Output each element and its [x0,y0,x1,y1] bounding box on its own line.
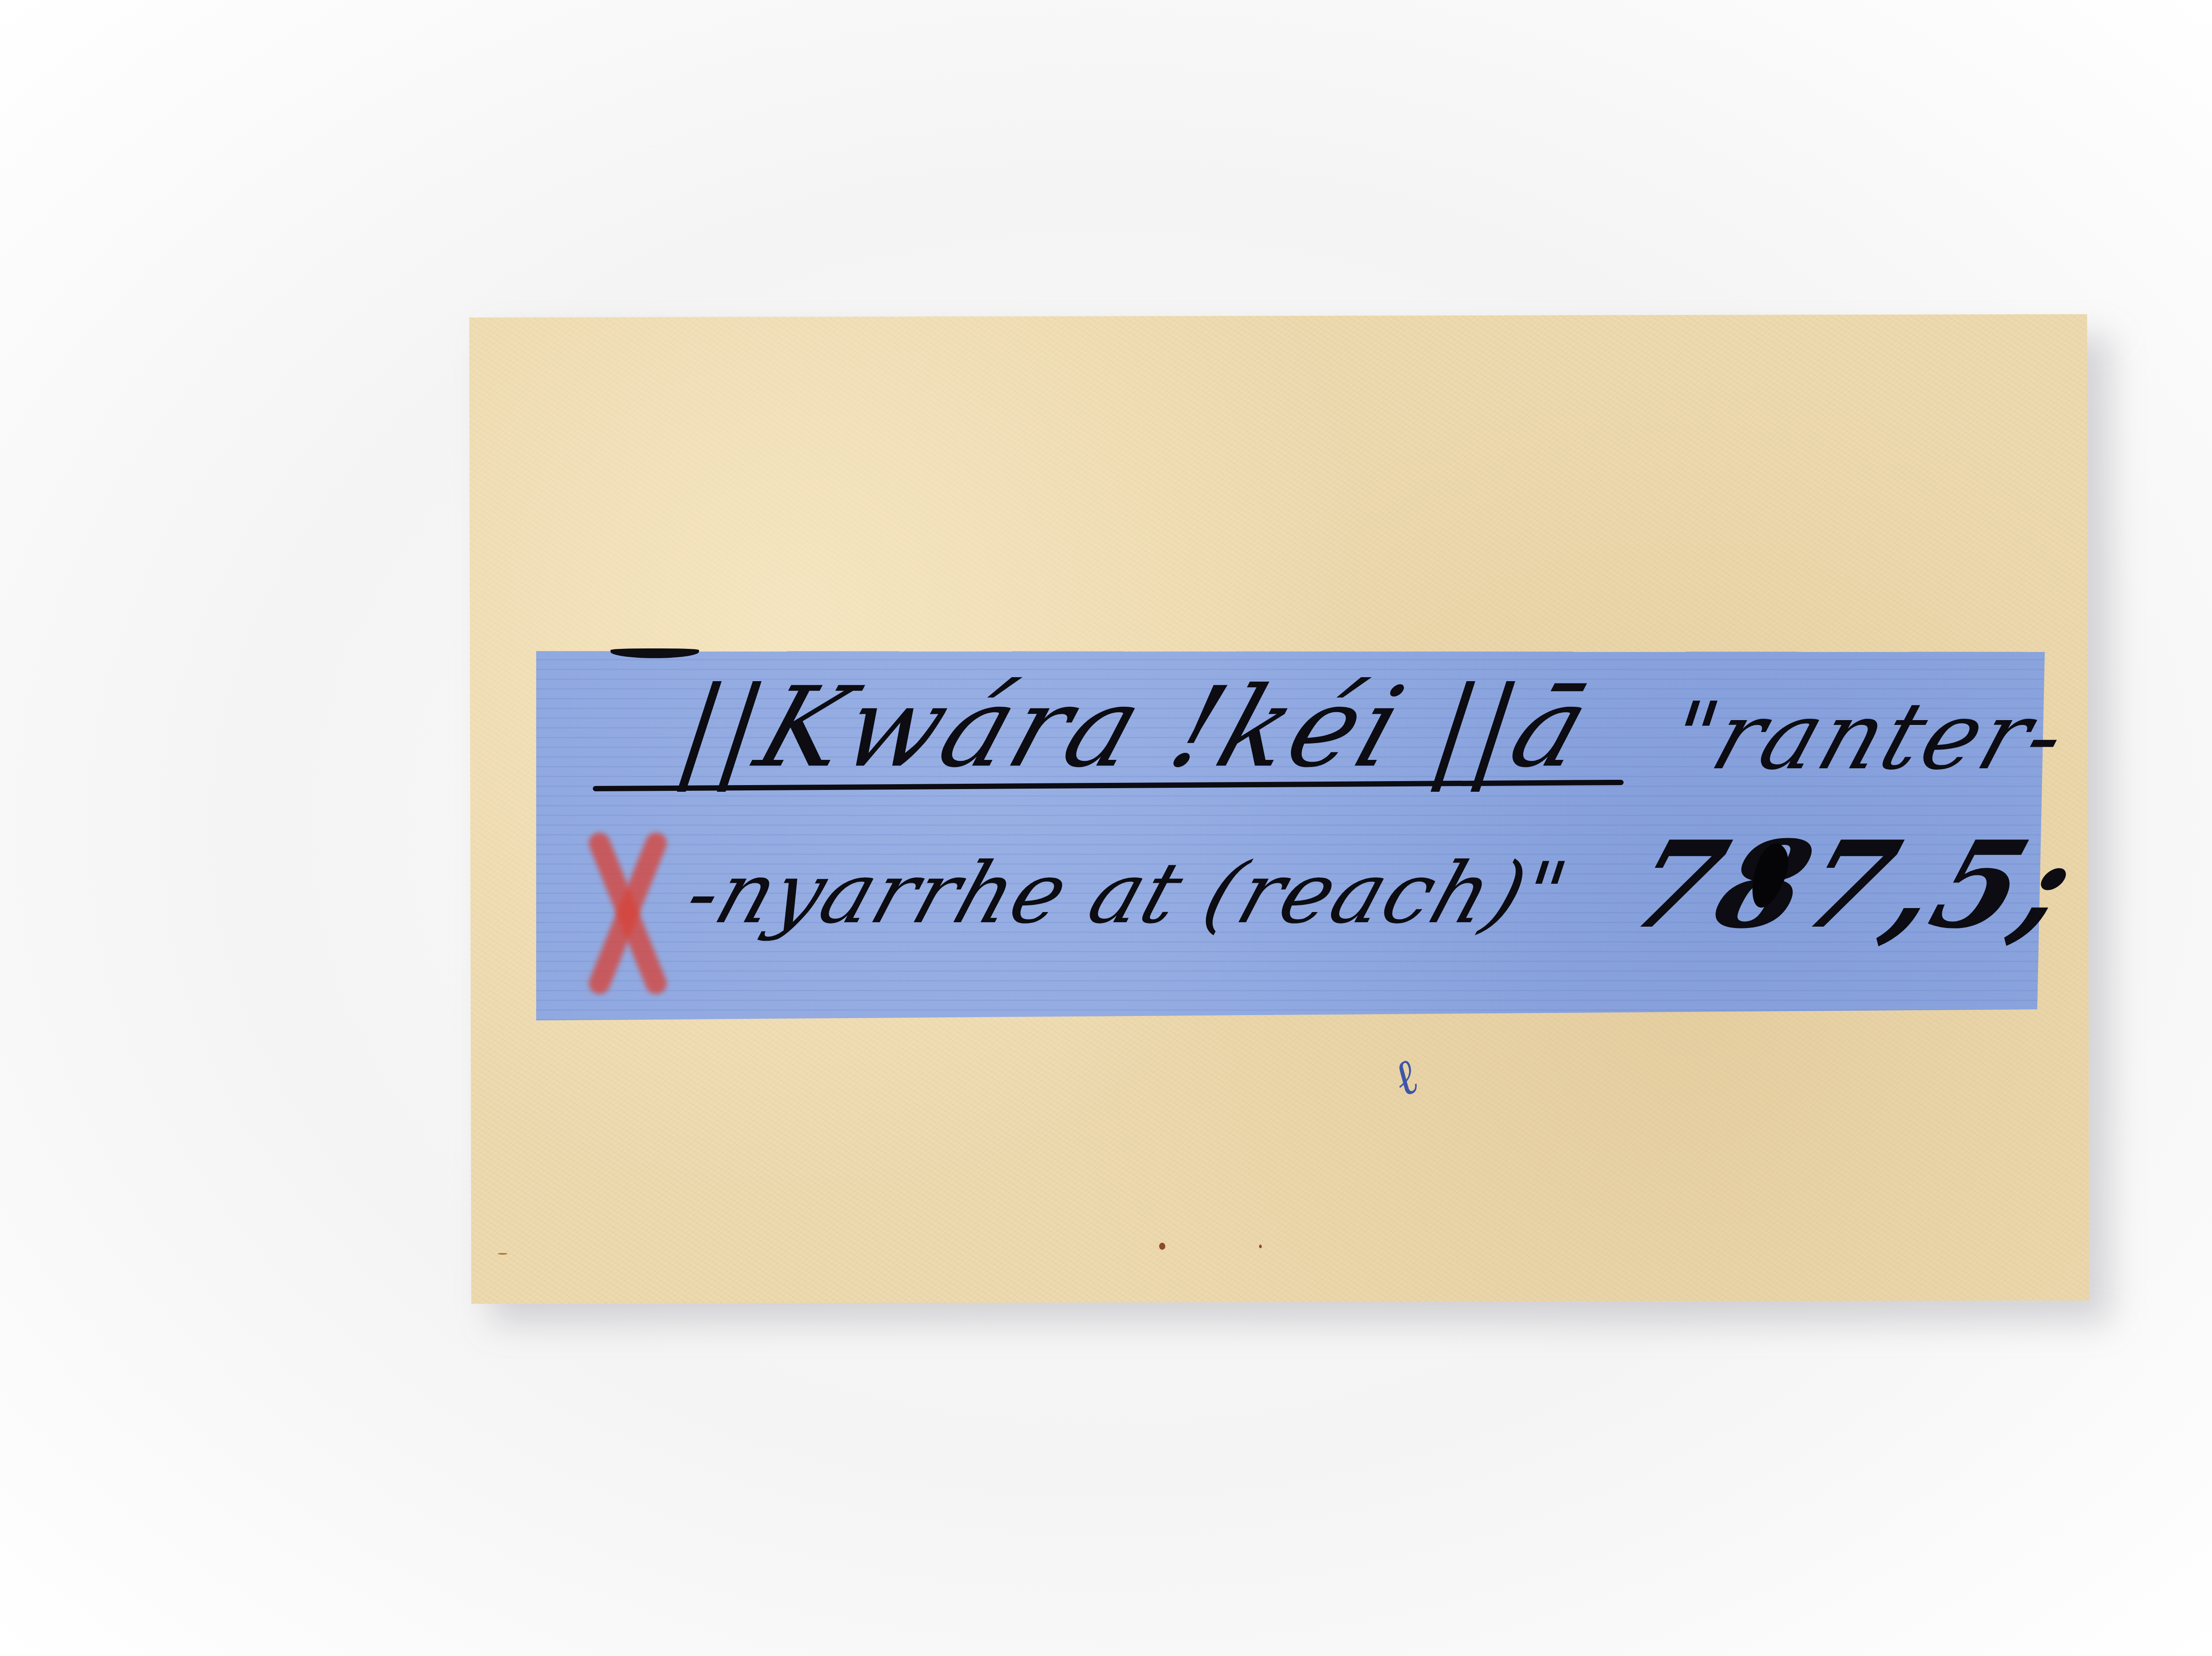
photo-stage: ||Kwára !kéi ||ā "ranter- -nyarrhe at (r… [0,0,2212,1656]
foxing-spot [1159,1243,1165,1250]
page-reference-text: 787,5; [1617,825,2090,944]
headword-text: ||Kwára !kéi ||ā [665,672,1603,783]
gloss-start-text: "ranter- [1657,690,2079,783]
foxing-spot [498,1253,507,1255]
foxing-spot [1259,1245,1262,1248]
red-cross-mark-icon [566,832,681,991]
gloss-end-text: -nyarrhe at (reach)" [676,851,1578,935]
